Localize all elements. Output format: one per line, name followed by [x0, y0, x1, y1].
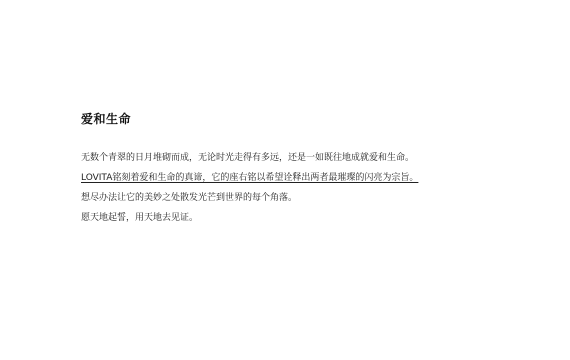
paragraph-4: 愿天地起誓，用天地去见证。 [81, 208, 418, 228]
page: 爱和生命 无数个青翠的日月堆砌而成，无论时光走得有多远，还是一如既往地成就爱和生… [0, 0, 570, 360]
paragraph-1: 无数个青翠的日月堆砌而成，无论时光走得有多远，还是一如既往地成就爱和生命。 [81, 148, 418, 168]
article-body: 无数个青翠的日月堆砌而成，无论时光走得有多远，还是一如既往地成就爱和生命。 LO… [81, 148, 418, 228]
paragraph-3: 想尽办法让它的美妙之处散发光芒到世界的每个角落。 [81, 188, 418, 208]
article-title: 爱和生命 [81, 111, 131, 127]
paragraph-2-underlined: LOVITA铭刻着爱和生命的真谛，它的座右铭以希望诠释出两者最璀璨的闪亮为宗旨。 [81, 168, 418, 188]
